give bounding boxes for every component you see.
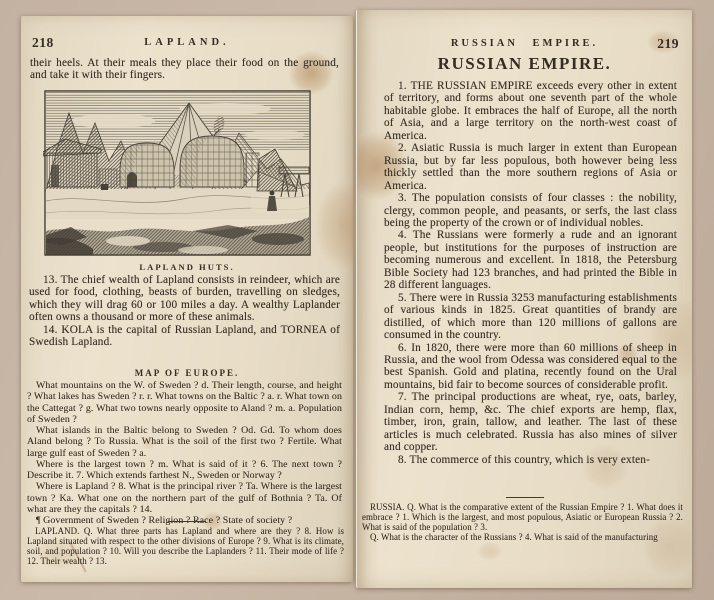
page-right: RUSSIAN EMPIRE. 219 RUSSIAN EMPIRE. 1. T… bbox=[356, 10, 692, 588]
running-header-right: RUSSIAN EMPIRE. 219 bbox=[357, 38, 692, 49]
page-left: 218 LAPLAND. their heels. At their meals… bbox=[21, 16, 353, 582]
running-head: LAPLAND. bbox=[21, 37, 353, 48]
paragraph-13: 13. The chief wealth of Lapland consists… bbox=[29, 274, 340, 324]
footnote-rule bbox=[168, 521, 206, 522]
questions-heading: MAP OF EUROPE. bbox=[21, 368, 353, 378]
lapland-huts-illustration bbox=[43, 89, 312, 257]
footnote-paragraph: RUSSIA. Q. What is the comparative exten… bbox=[362, 503, 683, 533]
intro-paragraph: their heels. At their meals they place t… bbox=[30, 57, 339, 82]
right-body-text: 1. THE RUSSIAN EMPIRE exceeds every othe… bbox=[384, 80, 677, 466]
page-number: 219 bbox=[657, 36, 679, 52]
footnote-rule bbox=[506, 497, 544, 498]
scanned-book-spread: { "colors": { "surround": "#c6b4a3", "pa… bbox=[0, 0, 714, 600]
page-number: 218 bbox=[32, 35, 54, 51]
chapter-title: RUSSIAN EMPIRE. bbox=[357, 54, 692, 74]
question-paragraph: What mountains on the W. of Sweden ? d. … bbox=[27, 380, 342, 425]
questions-section: What mountains on the W. of Sweden ? d. … bbox=[27, 380, 342, 526]
paragraph-8: 8. The commerce of this country, which i… bbox=[384, 454, 677, 466]
footnote-paragraph: Q. What is the character of the Russians… bbox=[362, 533, 683, 543]
question-paragraph: What islands in the Baltic belong to Swe… bbox=[27, 425, 342, 459]
left-body-text: 13. The chief wealth of Lapland consists… bbox=[29, 274, 340, 349]
footnote-right: RUSSIA. Q. What is the comparative exten… bbox=[362, 503, 683, 543]
question-paragraph: Where is the largest town ? m. What is s… bbox=[27, 459, 342, 482]
paragraph-14: 14. KOLA is the capital of Russian Lapla… bbox=[29, 324, 340, 349]
paragraph-3: 3. The population consists of four class… bbox=[384, 192, 677, 229]
running-header-left: 218 LAPLAND. bbox=[21, 37, 353, 48]
illustration-caption: LAPLAND HUTS. bbox=[21, 262, 353, 272]
paragraph-4: 4. The Russians were formerly a rude and… bbox=[384, 229, 677, 291]
footnote-left: LAPLAND. Q. What three parts has Lapland… bbox=[27, 527, 344, 567]
paragraph-2: 2. Asiatic Russia is much larger in exte… bbox=[384, 142, 677, 192]
paragraph-5: 5. There were in Russia 3253 manufacturi… bbox=[384, 292, 677, 342]
engraving-svg bbox=[43, 89, 312, 257]
paragraph-6: 6. In 1820, there were more than 60 mill… bbox=[384, 342, 677, 392]
paragraph-7: 7. The principal productions are wheat, … bbox=[384, 391, 677, 453]
paragraph-1: 1. THE RUSSIAN EMPIRE exceeds every othe… bbox=[384, 80, 677, 142]
running-head: RUSSIAN EMPIRE. bbox=[357, 38, 692, 49]
question-paragraph: Where is Lapland ? 8. What is the princi… bbox=[27, 481, 342, 515]
